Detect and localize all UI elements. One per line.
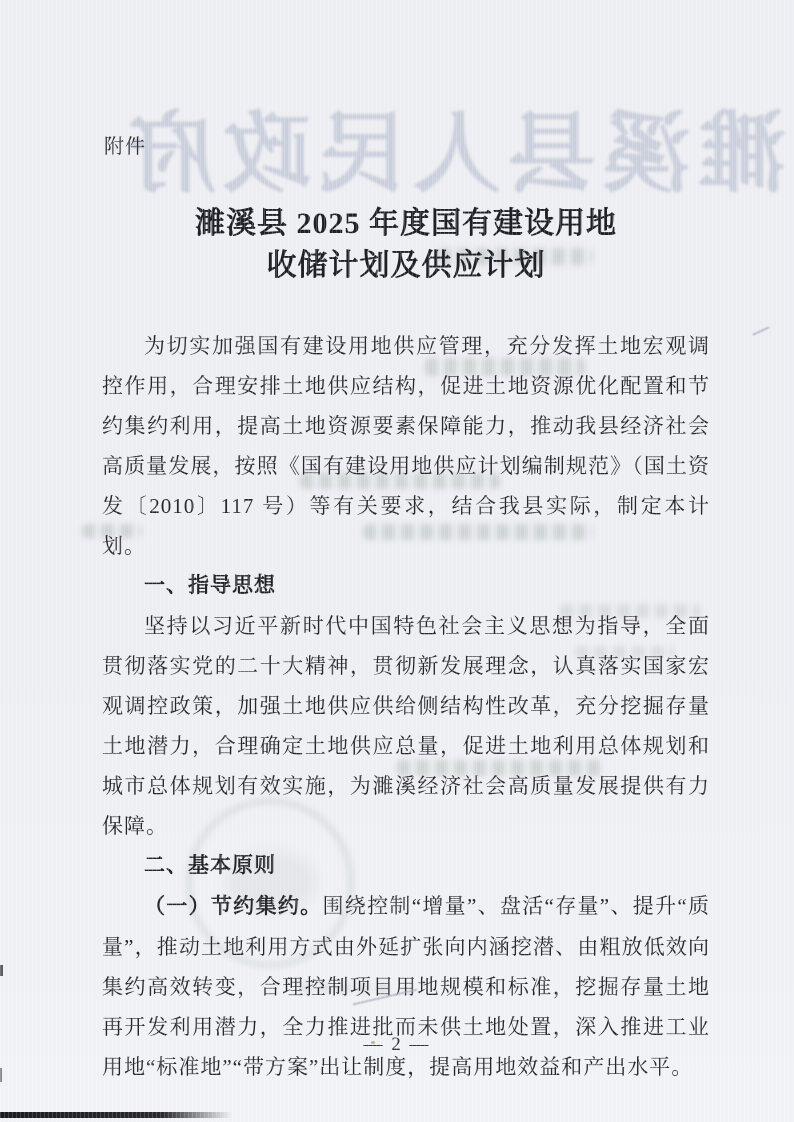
intro-paragraph: 为切实加强国有建设用地供应管理，充分发挥土地宏观调控作用，合理安排土地供应结构，… [102, 326, 710, 566]
scan-speck [371, 1041, 375, 1044]
paper-crease [752, 326, 769, 335]
title-line-1: 濉溪县 2025 年度国有建设用地 [102, 203, 710, 245]
section-2-item-1-lead: （一）节约集约。 [144, 895, 323, 918]
title-line-2: 收储计划及供应计划 [102, 245, 710, 287]
document-body: 为切实加强国有建设用地供应管理，充分发挥土地宏观调控作用，合理安排土地供应结构，… [102, 326, 710, 1087]
page-number: — 2 — [0, 1034, 794, 1056]
scan-edge-mark [0, 1068, 2, 1082]
section-2-item-1: （一）节约集约。围绕控制“增量”、盘活“存量”、提升“质量”，推动土地利用方式由… [102, 886, 710, 1087]
scanned-document-page: 濉溪县人民政府 附件 濉溪县 2025 年度国有建设用地 收储计划及供应计划 为… [0, 0, 794, 1122]
scan-edge-shadow [0, 1112, 232, 1118]
section-1-heading: 一、指导思想 [102, 566, 710, 606]
section-1-paragraph: 坚持以习近平新时代中国特色社会主义思想为指导，全面贯彻落实党的二十大精神，贯彻新… [102, 606, 710, 846]
document-title: 濉溪县 2025 年度国有建设用地 收储计划及供应计划 [102, 203, 710, 287]
attachment-label: 附件 [104, 130, 146, 159]
page-content: 附件 濉溪县 2025 年度国有建设用地 收储计划及供应计划 为切实加强国有建设… [102, 0, 710, 1122]
section-2-heading: 二、基本原则 [102, 846, 710, 886]
scan-edge-mark [0, 965, 3, 976]
